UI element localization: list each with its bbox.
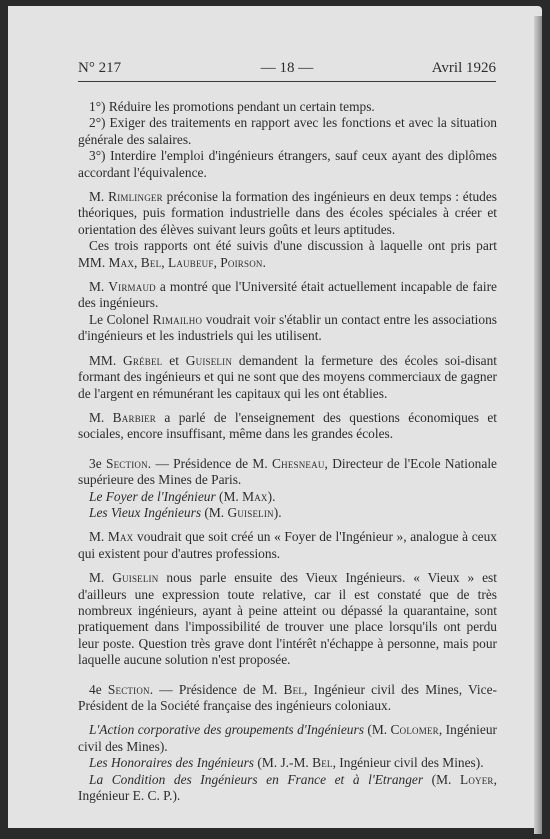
paragraph-p3: 3°) Interdire l'emploi d'ingénieurs étra… [78, 148, 497, 181]
person-name: Poirson [220, 255, 262, 270]
paragraph-p10: 3e Section. — Présidence de M. Chesneau,… [78, 456, 497, 489]
person-name: Max [242, 489, 268, 504]
page-header: N° 217 — 18 — Avril 1926 [78, 60, 496, 76]
person-name: Section [108, 682, 150, 697]
report-title: Les Vieux Ingénieurs [89, 505, 201, 520]
person-name: Bel [141, 255, 162, 270]
person-name: Bel [284, 682, 305, 697]
paragraph-p15: 4e Section. — Présidence de M. Bel, Ingé… [78, 682, 497, 715]
person-name: Guiselin [227, 505, 273, 520]
person-name: Colomer [391, 722, 439, 737]
person-name: Rimlinger [108, 189, 163, 204]
issue-date: Avril 1926 [432, 60, 496, 77]
person-name: Guiselin [112, 570, 158, 585]
paragraph-p1: 1°) Réduire les promotions pendant un ce… [78, 99, 497, 115]
person-name: Grébel [123, 353, 162, 368]
text-run: (M. [423, 772, 460, 787]
person-name: Virmaud [108, 279, 156, 294]
report-title: La Condition des Ingénieurs en France et… [89, 772, 423, 787]
text-run: , [161, 255, 168, 270]
text-run: 1°) Réduire les promotions pendant un ce… [89, 99, 375, 114]
paragraph-p5: Ces trois rapports ont été suivis d'une … [78, 238, 497, 271]
person-name: Laubeuf [168, 255, 214, 270]
paragraph-p11: Le Foyer de l'Ingénieur (M. Max). [78, 489, 497, 505]
text-run: M. [89, 570, 112, 585]
paragraph-p9: M. Barbier a parlé de l'enseignement des… [78, 410, 497, 443]
text-run: M. [89, 529, 108, 544]
text-run: ). [268, 489, 276, 504]
report-title: L'Action corporative des groupements d'I… [89, 722, 364, 737]
text-run: (M. [216, 489, 242, 504]
paragraph-p4: M. Rimlinger préconise la formation des … [78, 189, 497, 238]
text-run: M. [89, 279, 108, 294]
paragraph-p12: Les Vieux Ingénieurs (M. Guiselin). [78, 505, 497, 521]
report-title: Les Honoraires des Ingénieurs [89, 755, 254, 770]
text-run: 4e [89, 682, 108, 697]
person-name: Section [106, 456, 148, 471]
text-run: (M. [364, 722, 391, 737]
paragraph-p17: Les Honoraires des Ingénieurs (M. J.-M. … [78, 755, 497, 771]
text-run: , [134, 255, 141, 270]
page-edge-shadow [534, 16, 542, 834]
report-title: Le Foyer de l'Ingénieur [89, 489, 216, 504]
text-run: 3e [89, 456, 106, 471]
person-name: Max [109, 255, 135, 270]
text-run: . [263, 255, 266, 270]
person-name: Barbier [113, 410, 156, 425]
paragraph-p6: M. Virmaud a montré que l'Université éta… [78, 279, 497, 312]
text-run: 3°) Interdire l'emploi d'ingénieurs étra… [78, 148, 497, 179]
text-run: M. [89, 189, 108, 204]
paragraph-p16: L'Action corporative des groupements d'I… [78, 722, 497, 755]
person-name: Chesneau [272, 456, 325, 471]
text-run: MM. [89, 353, 123, 368]
text-run: (M. [201, 505, 227, 520]
body-text: 1°) Réduire les promotions pendant un ce… [78, 99, 497, 804]
person-name: Bel [312, 755, 333, 770]
person-name: Max [108, 529, 134, 544]
paragraph-p8: MM. Grébel et Guiselin demandent la ferm… [78, 353, 497, 402]
paragraph-p7: Le Colonel Rimailho voudrait voir s'étab… [78, 312, 497, 345]
text-run: 2°) Exiger des traitements en rapport av… [78, 115, 497, 146]
text-run: voudrait que soit créé un « Foyer de l'I… [78, 529, 497, 560]
text-run: M. [89, 410, 113, 425]
paragraph-p2: 2°) Exiger des traitements en rapport av… [78, 115, 497, 148]
person-name: Rimailho [153, 312, 203, 327]
header-rule [78, 81, 496, 82]
text-run: ). [274, 505, 282, 520]
text-run: (M. J.-M. [254, 755, 312, 770]
person-name: Loyer [460, 772, 494, 787]
text-run: , Ingénieur civil des Mines). [333, 755, 484, 770]
paragraph-p14: M. Guiselin nous parle ensuite des Vieux… [78, 570, 497, 668]
person-name: Guiselin [186, 353, 232, 368]
text-run: et [162, 353, 185, 368]
text-run: . — Présidence de M. [150, 682, 284, 697]
text-run: . — Présidence de M. [148, 456, 272, 471]
text-run: Le Colonel [89, 312, 153, 327]
paragraph-p13: M. Max voudrait que soit créé un « Foyer… [78, 529, 497, 562]
paragraph-p18: La Condition des Ingénieurs en France et… [78, 772, 497, 805]
